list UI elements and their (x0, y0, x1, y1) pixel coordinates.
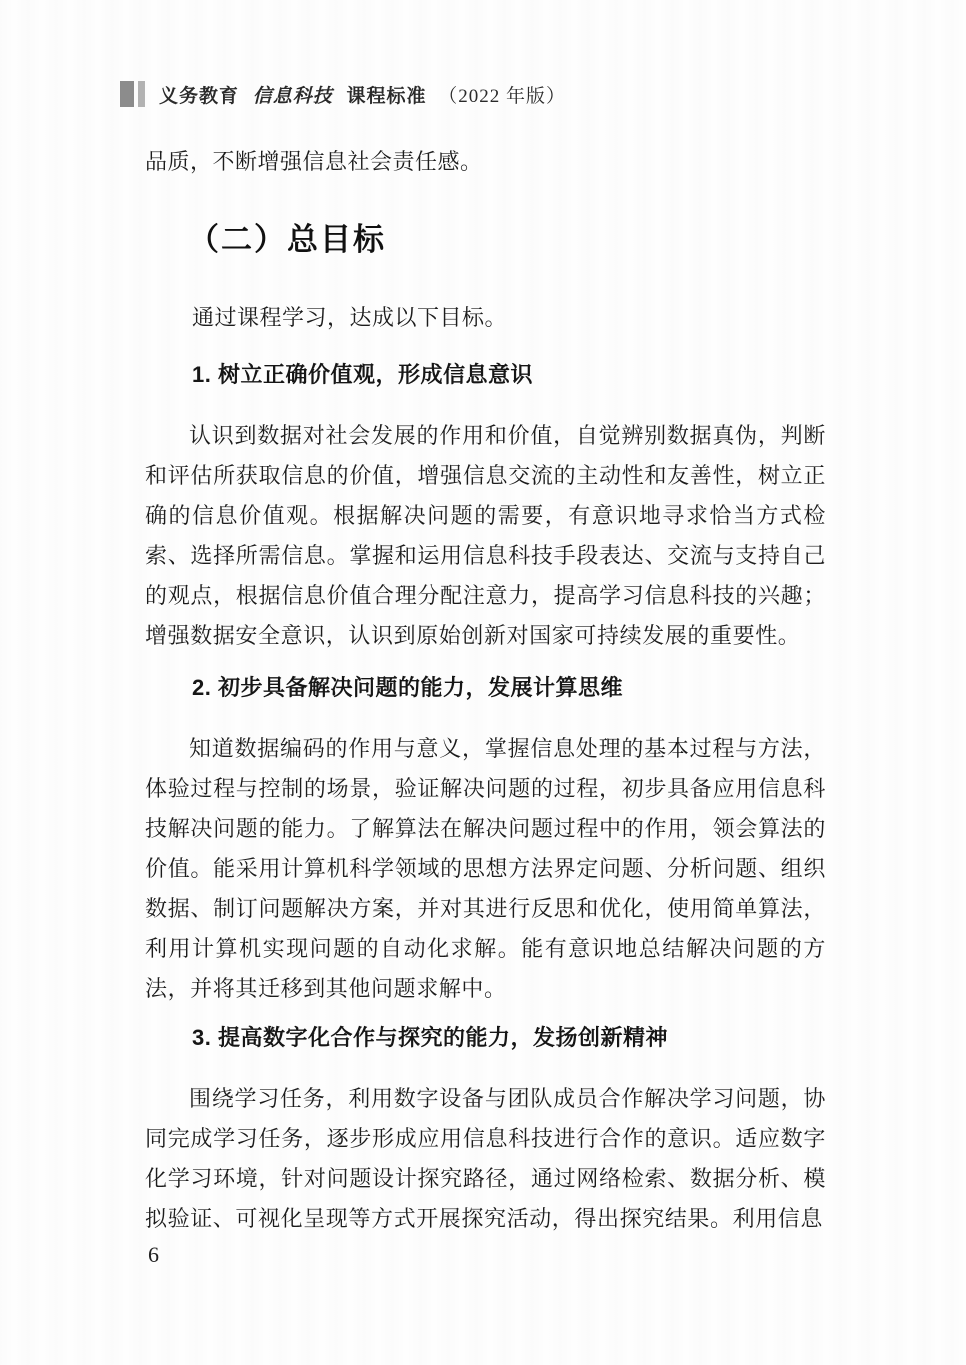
goal-1-heading: 1. 树立正确价值观，形成信息意识 (192, 358, 533, 389)
page-number: 6 (148, 1242, 159, 1268)
running-header: 义务教育 信息科技 课程标准 （2022 年版） (120, 80, 566, 108)
goal-2-heading: 2. 初步具备解决问题的能力，发展计算思维 (192, 671, 623, 702)
goal-3-heading: 3. 提高数字化合作与探究的能力，发扬创新精神 (192, 1021, 668, 1052)
header-doc-type: 课程标准 (347, 86, 427, 107)
header-bar-dark-icon (120, 81, 134, 107)
goal-3-body: 围绕学习任务，利用数字设备与团队成员合作解决学习问题，协同完成学习任务，逐步形成… (145, 1079, 826, 1239)
lead-sentence: 通过课程学习，达成以下目标。 (192, 301, 507, 332)
header-bar-light-icon (138, 81, 145, 107)
carryover-paragraph-line: 品质，不断增强信息社会责任感。 (145, 145, 483, 176)
header-program: 义务教育 (159, 86, 239, 107)
goal-1-body: 认识到数据对社会发展的作用和价值，自觉辨别数据真伪，判断和评估所获取信息的价值，… (145, 416, 826, 656)
header-edition: （2022 年版） (438, 86, 566, 107)
document-page: 义务教育 信息科技 课程标准 （2022 年版） 品质，不断增强信息社会责任感。… (0, 0, 966, 1365)
section-title: （二）总目标 (188, 214, 386, 259)
header-text: 义务教育 信息科技 课程标准 （2022 年版） (159, 81, 566, 108)
header-subject: 信息科技 (253, 86, 333, 107)
goal-2-body: 知道数据编码的作用与意义，掌握信息处理的基本过程与方法，体验过程与控制的场景，验… (145, 729, 826, 1009)
